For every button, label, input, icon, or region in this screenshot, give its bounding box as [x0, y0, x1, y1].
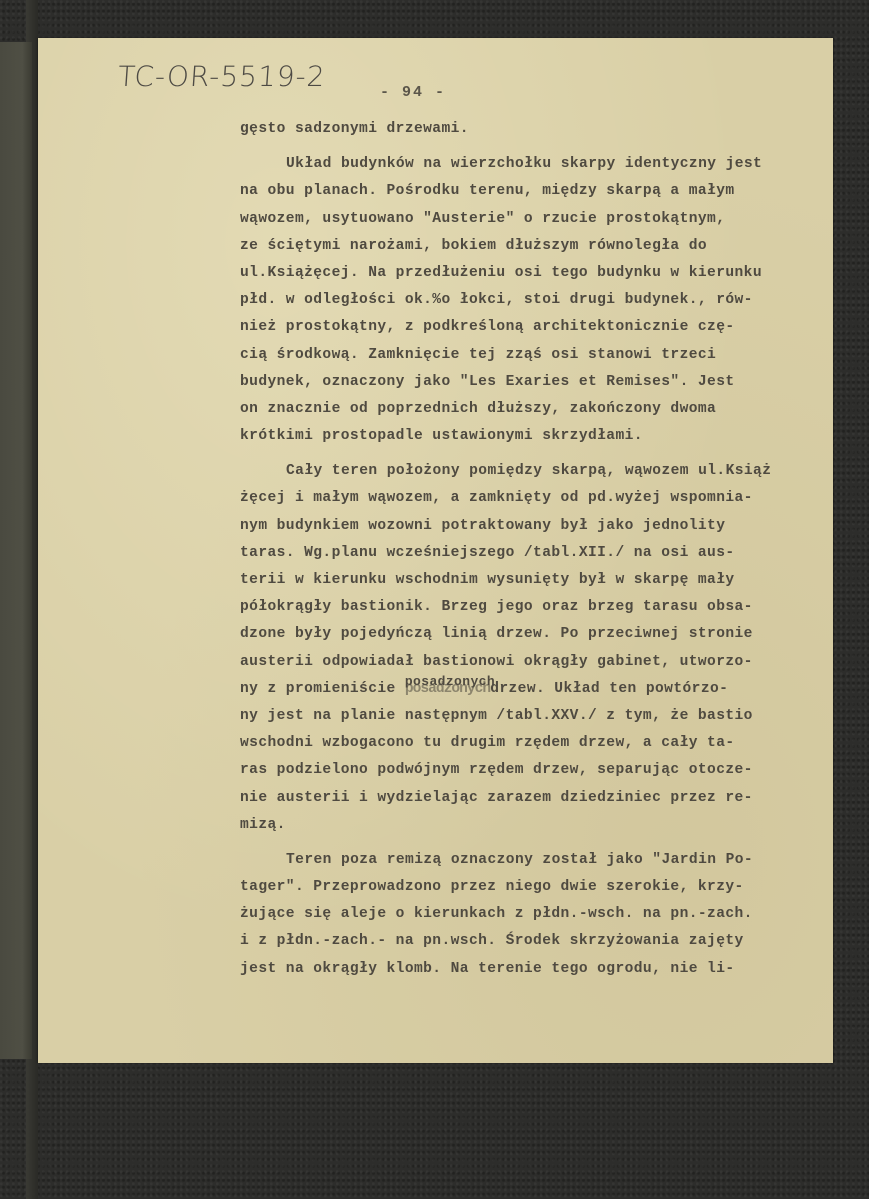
- text-line: na obu planach. Pośrodku terenu, między …: [240, 178, 830, 205]
- text-line: płd. w odległości ok.%o łokci, stoi drug…: [240, 287, 830, 314]
- inserted-word: posadzonych: [405, 668, 495, 695]
- text-line: nież prostokątny, z podkreśloną architek…: [240, 314, 830, 341]
- line-end: drzew. Układ ten powtórzo-: [490, 681, 728, 697]
- body-text: gęsto sadzonymi drzewami. Układ budynków…: [240, 116, 830, 983]
- text-line: ul.Książęcej. Na przedłużeniu osi tego b…: [240, 260, 830, 287]
- text-line: ze ściętymi narożami, bokiem dłuższym ró…: [240, 233, 830, 260]
- text-line: i z płdn.-zach.- na pn.wsch. Środek skrz…: [240, 928, 830, 955]
- text-line: półokrągły bastionik. Brzeg jego oraz br…: [240, 594, 830, 621]
- text-line: krótkimi prostopadle ustawionymi skrzydł…: [240, 423, 830, 450]
- previous-page-edge: [0, 42, 32, 1059]
- paragraph-start-line: Cały teren położony pomiędzy skarpą, wąw…: [240, 458, 830, 485]
- text-line: wschodni wzbogacono tu drugim rzędem drz…: [240, 730, 830, 757]
- text-line: żujące się aleje o kierunkach z płdn.-ws…: [240, 901, 830, 928]
- text-line: terii w kierunku wschodnim wysunięty był…: [240, 567, 830, 594]
- text-line: nie austerii i wydzielając zarazem dzied…: [240, 785, 830, 812]
- text-line: tager". Przeprowadzono przez niego dwie …: [240, 874, 830, 901]
- text-line: budynek, oznaczony jako "Les Exaries et …: [240, 369, 830, 396]
- text-line: wąwozem, usytuowano "Austerie" o rzucie …: [240, 206, 830, 233]
- text-line: cią środkową. Zamknięcie tej zząś osi st…: [240, 342, 830, 369]
- typewritten-page: TC-OR-5519-2 - 94 - gęsto sadzonymi drze…: [38, 38, 833, 1063]
- text-line: ny jest na planie następnym /tabl.XXV./ …: [240, 703, 830, 730]
- text-line: dzone były pojedyńczą linią drzew. Po pr…: [240, 621, 830, 648]
- text-line: mizą.: [240, 812, 830, 839]
- paragraph-start-line: Układ budynków na wierzchołku skarpy ide…: [240, 151, 830, 178]
- text-line: żęcej i małym wąwozem, a zamknięty od pd…: [240, 485, 830, 512]
- typed-correction: posadzonychposadzonych: [405, 676, 490, 703]
- line-start: ny z promieniście: [240, 681, 405, 697]
- text-line: nym budynkiem wozowni potraktowany był j…: [240, 513, 830, 540]
- text-line: gęsto sadzonymi drzewami.: [240, 116, 830, 143]
- text-line: taras. Wg.planu wcześniejszego /tabl.XII…: [240, 540, 830, 567]
- page-number: - 94 -: [380, 84, 446, 101]
- archive-signature: TC-OR-5519-2: [117, 60, 327, 93]
- text-line-with-correction: ny z promieniście posadzonychposadzonych…: [240, 676, 830, 703]
- text-line: austerii odpowiadał bastionowi okrągły g…: [240, 649, 830, 676]
- text-line: jest na okrągły klomb. Na terenie tego o…: [240, 956, 830, 983]
- paragraph-start-line: Teren poza remizą oznaczony został jako …: [240, 847, 830, 874]
- text-line: ras podzielono podwójnym rzędem drzew, s…: [240, 757, 830, 784]
- text-line: on znacznie od poprzednich dłuższy, zako…: [240, 396, 830, 423]
